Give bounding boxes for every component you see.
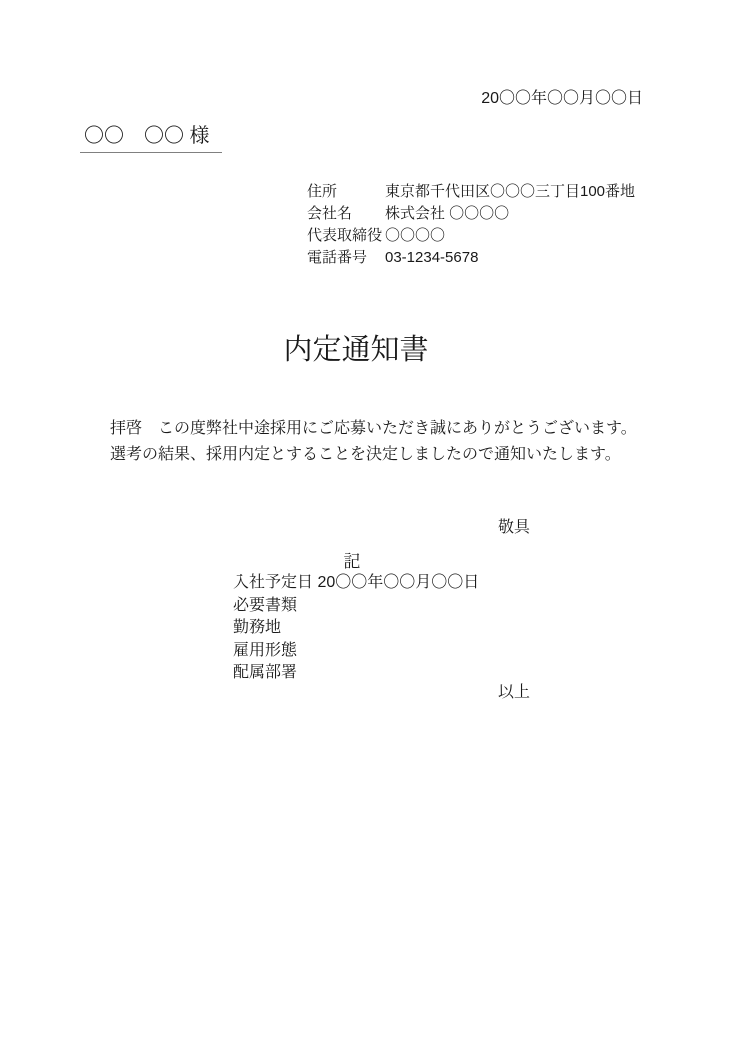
offer-letter-page: 20〇〇年〇〇月〇〇日 〇〇 〇〇 様 住所 東京都千代田区〇〇〇三丁目100番… xyxy=(0,0,750,1061)
detail-joining-date: 入社予定日 20〇〇年〇〇月〇〇日 xyxy=(233,572,479,595)
sender-company-row: 会社名 株式会社 〇〇〇〇 xyxy=(307,203,635,225)
sender-address-row: 住所 東京都千代田区〇〇〇三丁目100番地 xyxy=(307,181,635,203)
end-marker-ijou: 以上 xyxy=(498,679,530,702)
detail-required-documents: 必要書類 xyxy=(233,595,479,618)
detail-employment-type: 雇用形態 xyxy=(233,640,479,663)
body-line-2: 選考の結果、採用内定とすることを決定しましたので通知いたします。 xyxy=(110,442,637,468)
sender-representative-label: 代表取締役 xyxy=(307,225,385,247)
sender-info-block: 住所 東京都千代田区〇〇〇三丁目100番地 会社名 株式会社 〇〇〇〇 代表取締… xyxy=(307,181,635,269)
detail-assigned-department: 配属部署 xyxy=(233,662,479,685)
document-date: 20〇〇年〇〇月〇〇日 xyxy=(481,85,643,108)
sender-representative-row: 代表取締役 〇〇〇〇 xyxy=(307,225,635,247)
sender-address-label: 住所 xyxy=(307,181,385,203)
sender-address-value: 東京都千代田区〇〇〇三丁目100番地 xyxy=(385,181,635,203)
body-line-1: 拝啓 この度弊社中途採用にご応募いただき誠にありがとうございます。 xyxy=(110,416,637,442)
sender-representative-value: 〇〇〇〇 xyxy=(385,225,445,247)
record-marker-ki: 記 xyxy=(344,547,361,572)
sender-phone-label: 電話番号 xyxy=(307,247,385,269)
detail-work-location: 勤務地 xyxy=(233,617,479,640)
sender-phone-value: 03-1234-5678 xyxy=(385,247,478,269)
recipient-name: 〇〇 〇〇 様 xyxy=(80,119,222,153)
body-paragraph: 拝啓 この度弊社中途採用にご応募いただき誠にありがとうございます。 選考の結果、… xyxy=(110,416,637,468)
document-title: 内定通知書 xyxy=(283,327,428,368)
details-list: 入社予定日 20〇〇年〇〇月〇〇日 必要書類 勤務地 雇用形態 配属部署 xyxy=(233,572,479,685)
sender-phone-row: 電話番号 03-1234-5678 xyxy=(307,247,635,269)
closing-keigu: 敬具 xyxy=(498,514,530,537)
sender-company-label: 会社名 xyxy=(307,203,385,225)
sender-company-value: 株式会社 〇〇〇〇 xyxy=(385,203,509,225)
